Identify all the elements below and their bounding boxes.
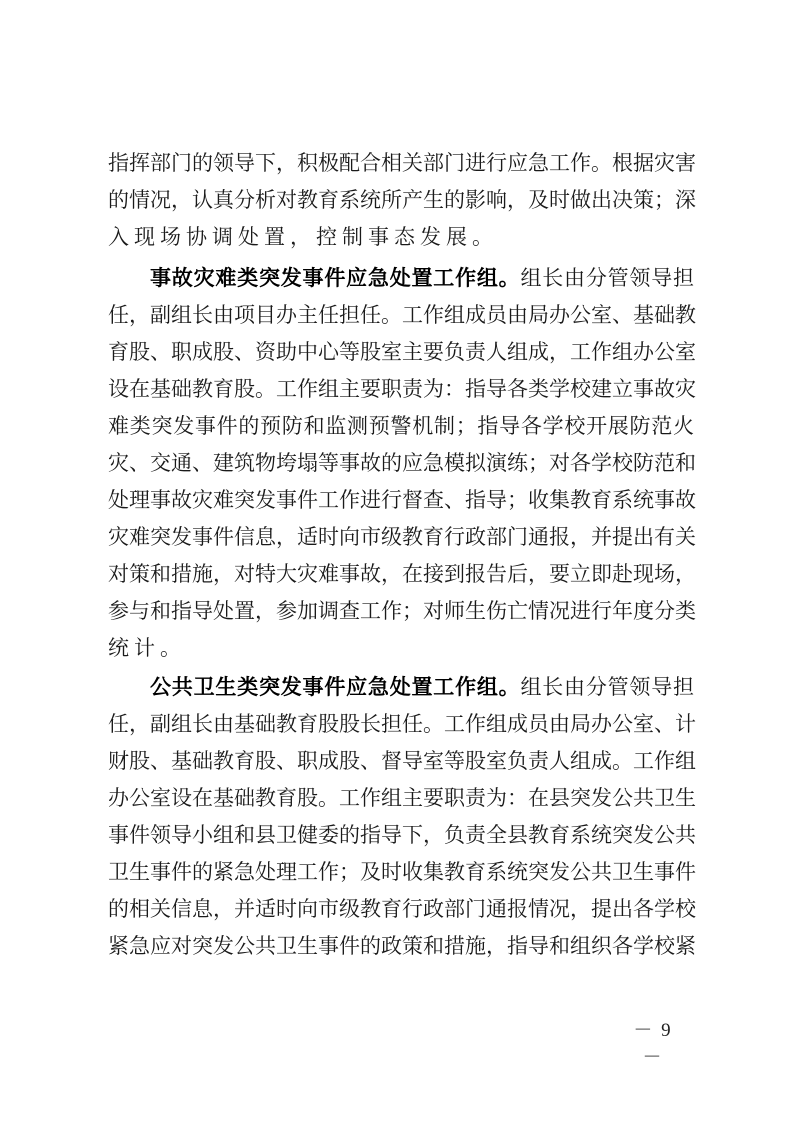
page-number: － 9 － (626, 1015, 680, 1069)
text-line: 公共卫生类突发事件应急处置工作组。组长由分管领导担 (108, 669, 694, 706)
text-line: 对策和措施，对特大灾难事故，在接到报告后，要立即赴现场， (108, 556, 694, 593)
text-line: 参与和指导处置，参加调查工作；对师生伤亡情况进行年度分类 (108, 593, 694, 630)
text-line: 灾、交通、建筑物垮塌等事故的应急模拟演练；对各学校防范和 (108, 445, 694, 482)
text-line: 办公室设在基础教育股。工作组主要职责为：在县突发公共卫生 (108, 780, 694, 817)
text-line: 育股、职成股、资助中心等股室主要负责人组成，工作组办公室 (108, 334, 694, 371)
text-line: 处理事故灾难突发事件工作进行督查、指导；收集教育系统事故 (108, 482, 694, 519)
text-line: 任，副组长由项目办主任担任。工作组成员由局办公室、基础教 (108, 297, 694, 334)
text-span: 组长由分管领导担 (520, 675, 694, 699)
text-line: 财股、基础教育股、职成股、督导室等股室负责人组成。工作组 (108, 743, 694, 780)
text-line: 紧急应对突发公共卫生事件的政策和措施，指导和组织各学校紧 (108, 928, 694, 965)
paragraph-accident-disaster-group: 事故灾难类突发事件应急处置工作组。组长由分管领导担 任，副组长由项目办主任担任。… (108, 260, 694, 667)
paragraph-public-health-group: 公共卫生类突发事件应急处置工作组。组长由分管领导担 任，副组长由基础教育股股长担… (108, 669, 694, 965)
paragraph-continuation: 指挥部门的领导下，积极配合相关部门进行应急工作。根据灾害 的情况，认真分析对教育… (108, 145, 694, 256)
text-line: 的情况，认真分析对教育系统所产生的影响，及时做出决策；深 (108, 182, 694, 219)
text-line: 任，副组长由基础教育股股长担任。工作组成员由局办公室、计 (108, 706, 694, 743)
section-heading-public-health: 公共卫生类突发事件应急处置工作组。 (150, 675, 520, 699)
text-line: 设在基础教育股。工作组主要职责为：指导各类学校建立事故灾 (108, 371, 694, 408)
section-heading-accident-disaster: 事故灾难类突发事件应急处置工作组。 (150, 266, 520, 290)
text-line: 灾难突发事件信息，适时向市级教育行政部门通报，并提出有关 (108, 519, 694, 556)
text-line: 指挥部门的领导下，积极配合相关部门进行应急工作。根据灾害 (108, 145, 694, 182)
text-line: 入现场协调处置，控制事态发展。 (108, 219, 694, 256)
document-page: 指挥部门的领导下，积极配合相关部门进行应急工作。根据灾害 的情况，认真分析对教育… (0, 0, 793, 1122)
text-line: 的相关信息，并适时向市级教育行政部门通报情况，提出各学校 (108, 891, 694, 928)
text-line: 卫生事件的紧急处理工作；及时收集教育系统突发公共卫生事件 (108, 854, 694, 891)
text-span: 组长由分管领导担 (520, 266, 694, 290)
text-line: 统计。 (108, 630, 694, 667)
text-line: 事故灾难类突发事件应急处置工作组。组长由分管领导担 (108, 260, 694, 297)
text-line: 难类突发事件的预防和监测预警机制；指导各学校开展防范火 (108, 408, 694, 445)
text-line: 事件领导小组和县卫健委的指导下，负责全县教育系统突发公共 (108, 817, 694, 854)
